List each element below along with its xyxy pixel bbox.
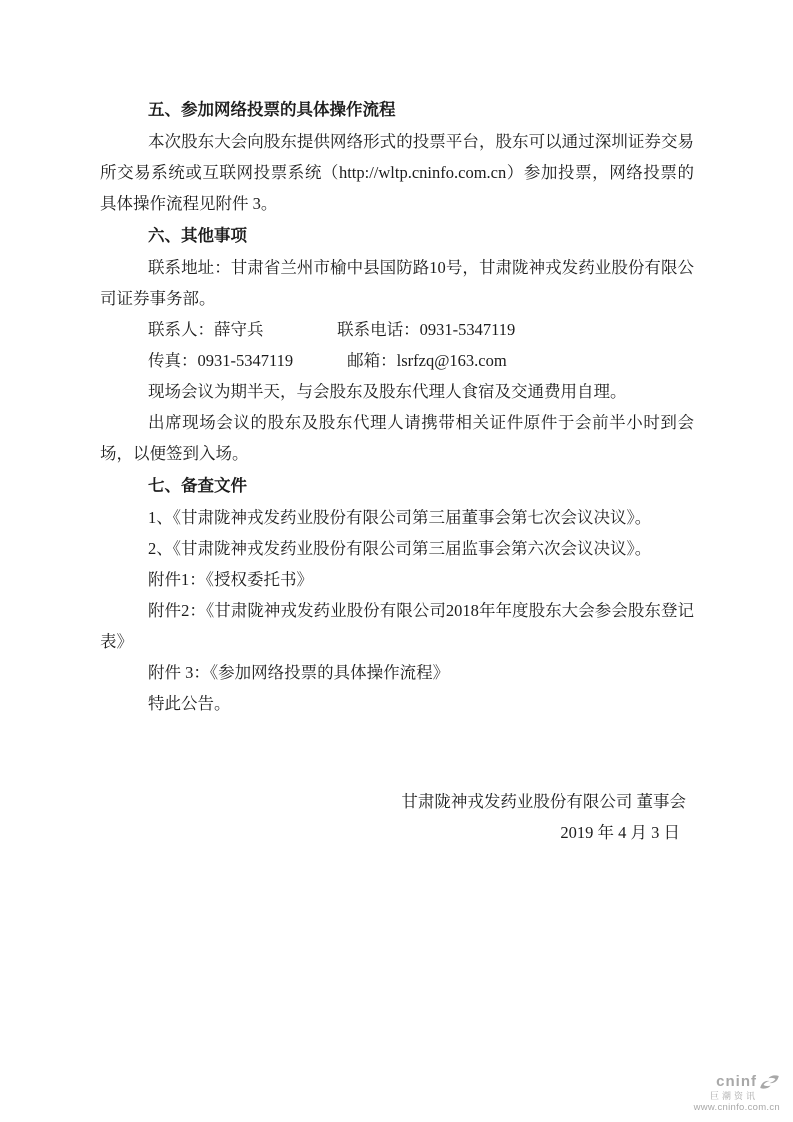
- document-page: 五、参加网络投票的具体操作流程 本次股东大会向股东提供网络形式的投票平台，股东可…: [0, 0, 793, 1122]
- contact-fax: 传真：0931-5347119: [148, 345, 343, 376]
- attendance-note: 出席现场会议的股东及股东代理人请携带相关证件原件于会前半小时到会场，以便签到入场…: [100, 407, 694, 469]
- contact-address: 联系地址：甘肃省兰州市榆中县国防路10号，甘肃陇神戎发药业股份有限公司证券事务部…: [100, 252, 694, 314]
- cninfo-watermark: cninf 巨潮资讯 www.cninfo.com.cn: [694, 1074, 780, 1113]
- signature-company: 甘肃陇神戎发药业股份有限公司 董事会: [100, 786, 694, 817]
- cninfo-brand-row: cninf: [694, 1074, 780, 1090]
- cninfo-logo-icon: [759, 1074, 780, 1090]
- cninfo-url: www.cninfo.com.cn: [694, 1103, 780, 1113]
- section-7-heading: 七、备查文件: [100, 471, 694, 502]
- document-content: 五、参加网络投票的具体操作流程 本次股东大会向股东提供网络形式的投票平台，股东可…: [100, 95, 694, 848]
- contact-phone: 联系电话：0931-5347119: [337, 320, 515, 339]
- meeting-duration-note: 现场会议为期半天，与会股东及股东代理人食宿及交通费用自理。: [100, 376, 694, 407]
- contact-row-1: 联系人：薛守兵 联系电话：0931-5347119: [100, 314, 694, 345]
- section-5-paragraph: 本次股东大会向股东提供网络形式的投票平台，股东可以通过深圳证券交易所交易系统或互…: [100, 126, 694, 219]
- reference-doc-1: 1、《甘肃陇神戎发药业股份有限公司第三届董事会第七次会议决议》。: [100, 502, 694, 533]
- closing-statement: 特此公告。: [100, 688, 694, 719]
- reference-doc-2: 2、《甘肃陇神戎发药业股份有限公司第三届监事会第六次会议决议》。: [100, 533, 694, 564]
- contact-row-2: 传真：0931-5347119 邮箱：lsrfzq@163.com: [100, 345, 694, 376]
- section-5-heading: 五、参加网络投票的具体操作流程: [100, 95, 694, 126]
- attachment-2: 附件2：《甘肃陇神戎发药业股份有限公司2018年年度股东大会参会股东登记表》: [100, 595, 694, 657]
- signature-date: 2019 年 4 月 3 日: [100, 817, 694, 848]
- attachment-3: 附件 3：《参加网络投票的具体操作流程》: [100, 657, 694, 688]
- cninfo-brand-text: cninf: [716, 1074, 757, 1089]
- contact-person: 联系人：薛守兵: [148, 314, 333, 345]
- section-6-heading: 六、其他事项: [100, 221, 694, 252]
- cninfo-chinese-name: 巨潮资讯: [694, 1092, 758, 1101]
- contact-email: 邮箱：lsrfzq@163.com: [347, 351, 507, 370]
- attachment-1: 附件1：《授权委托书》: [100, 564, 694, 595]
